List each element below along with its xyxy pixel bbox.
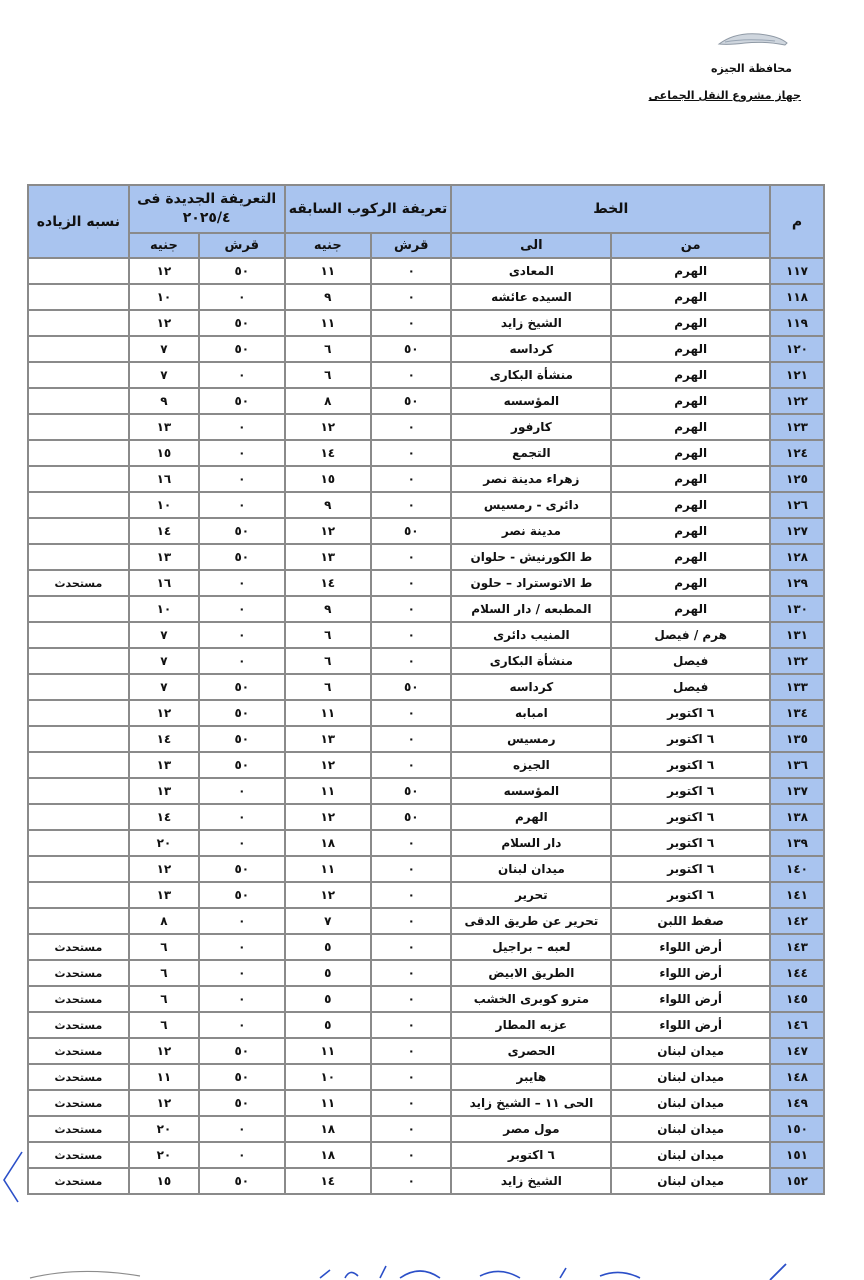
previous-piaster-cell: ٥٠	[371, 804, 451, 830]
increase-cell	[28, 466, 129, 492]
previous-pound-cell: ٩	[285, 596, 372, 622]
new-pound-cell: ١٣	[129, 752, 199, 778]
previous-pound-cell: ٧	[285, 908, 372, 934]
previous-piaster-cell: ٥٠	[371, 778, 451, 804]
from-cell: ٦ اكتوبر	[611, 804, 770, 830]
increase-cell	[28, 908, 129, 934]
new-pound-cell: ١٢	[129, 310, 199, 336]
increase-cell	[28, 336, 129, 362]
increase-cell	[28, 726, 129, 752]
new-pound-cell: ١٠	[129, 596, 199, 622]
serial-cell: ١٤٠	[770, 856, 824, 882]
to-cell: رمسيس	[451, 726, 611, 752]
table-row: ١٥٢ميدان لبنانالشيخ زايد٠١٤٥٠١٥مستحدث	[28, 1168, 824, 1194]
previous-pound-cell: ١٥	[285, 466, 372, 492]
to-cell: دائرى - رمسيس	[451, 492, 611, 518]
serial-cell: ١٣١	[770, 622, 824, 648]
serial-cell: ١٣٣	[770, 674, 824, 700]
new-piaster-cell: ٥٠	[199, 310, 285, 336]
increase-cell	[28, 492, 129, 518]
from-cell: الهرم	[611, 466, 770, 492]
new-pound-cell: ٦	[129, 986, 199, 1012]
previous-pound-cell: ١٢	[285, 414, 372, 440]
serial-cell: ١٣٥	[770, 726, 824, 752]
new-pound-cell: ١٠	[129, 284, 199, 310]
serial-cell: ١٣٧	[770, 778, 824, 804]
table-row: ١٥٠ميدان لبنانمول مصر٠١٨٠٢٠مستحدث	[28, 1116, 824, 1142]
table-row: ١٣٤٦ اكتوبرامبابه٠١١٥٠١٢	[28, 700, 824, 726]
to-cell: كرداسه	[451, 674, 611, 700]
new-piaster-cell: ٥٠	[199, 1064, 285, 1090]
previous-pound-cell: ١٢	[285, 752, 372, 778]
from-cell: فيصل	[611, 674, 770, 700]
new-piaster-cell: ٥٠	[199, 336, 285, 362]
to-cell: الطريق الابيض	[451, 960, 611, 986]
previous-piaster-cell: ٠	[371, 700, 451, 726]
new-piaster-cell: ٥٠	[199, 752, 285, 778]
previous-piaster-cell: ٥٠	[371, 518, 451, 544]
new-pound-cell: ٩	[129, 388, 199, 414]
table-row: ١٢٢الهرمالمؤسسه٥٠٨٥٠٩	[28, 388, 824, 414]
serial-cell: ١٤٢	[770, 908, 824, 934]
previous-pound-cell: ١٨	[285, 1116, 372, 1142]
table-row: ١٣٠الهرمالمطبعه / دار السلام٠٩٠١٠	[28, 596, 824, 622]
new-piaster-cell: ٠	[199, 622, 285, 648]
to-cell: ميدان لبنان	[451, 856, 611, 882]
increase-cell	[28, 258, 129, 284]
from-cell: ميدان لبنان	[611, 1090, 770, 1116]
to-cell: المؤسسه	[451, 778, 611, 804]
new-pound-cell: ١٢	[129, 258, 199, 284]
previous-piaster-cell: ٥٠	[371, 336, 451, 362]
governorate-name: محافظة الجيزه	[711, 62, 792, 75]
new-piaster-cell: ٥٠	[199, 856, 285, 882]
table-row: ١٢٣الهرمكارفور٠١٢٠١٣	[28, 414, 824, 440]
from-cell: الهرم	[611, 544, 770, 570]
to-cell: كرداسه	[451, 336, 611, 362]
increase-cell	[28, 804, 129, 830]
table-row: ١٢٦الهرمدائرى - رمسيس٠٩٠١٠	[28, 492, 824, 518]
serial-cell: ١٥٢	[770, 1168, 824, 1194]
new-piaster-cell: ٠	[199, 648, 285, 674]
to-cell: مترو كوبرى الخشب	[451, 986, 611, 1012]
previous-piaster-cell: ٠	[371, 258, 451, 284]
header-row-top: م الخط تعريفة الركوب السابقه التعريفة ال…	[28, 185, 824, 233]
previous-piaster-cell: ٠	[371, 362, 451, 388]
from-cell: أرض اللواء	[611, 1012, 770, 1038]
new-piaster-cell: ٥٠	[199, 388, 285, 414]
to-cell: منشأة البكارى	[451, 362, 611, 388]
previous-pound-cell: ١٤	[285, 440, 372, 466]
from-cell: الهرم	[611, 518, 770, 544]
to-cell: لعبه – براجيل	[451, 934, 611, 960]
to-cell: الشيخ زايد	[451, 1168, 611, 1194]
table-row: ١٤٤أرض اللواءالطريق الابيض٠٥٠٦مستحدث	[28, 960, 824, 986]
to-cell: المطبعه / دار السلام	[451, 596, 611, 622]
from-cell: ٦ اكتوبر	[611, 726, 770, 752]
previous-pound-cell: ١١	[285, 1038, 372, 1064]
serial-cell: ١٢٩	[770, 570, 824, 596]
new-pound-cell: ٧	[129, 648, 199, 674]
table-row: ١٤٣أرض اللواءلعبه – براجيل٠٥٠٦مستحدث	[28, 934, 824, 960]
new-pound-cell: ١٢	[129, 1038, 199, 1064]
serial-cell: ١١٨	[770, 284, 824, 310]
previous-piaster-cell: ٠	[371, 986, 451, 1012]
from-cell: الهرم	[611, 492, 770, 518]
previous-piaster-cell: ٠	[371, 1168, 451, 1194]
to-cell: الجيزه	[451, 752, 611, 778]
table-row: ١٤١٦ اكتوبرتحرير٠١٢٥٠١٣	[28, 882, 824, 908]
to-cell: عزبه المطار	[451, 1012, 611, 1038]
increase-cell	[28, 544, 129, 570]
table-row: ١٥١ميدان لبنان٦ اكتوبر٠١٨٠٢٠مستحدث	[28, 1142, 824, 1168]
serial-cell: ١٤٧	[770, 1038, 824, 1064]
serial-cell: ١٥٠	[770, 1116, 824, 1142]
from-cell: أرض اللواء	[611, 986, 770, 1012]
serial-cell: ١٢٥	[770, 466, 824, 492]
table-row: ١١٩الهرمالشيخ زايد٠١١٥٠١٢	[28, 310, 824, 336]
increase-cell	[28, 856, 129, 882]
serial-cell: ١٤١	[770, 882, 824, 908]
increase-cell: مستحدث	[28, 960, 129, 986]
new-piaster-cell: ٥٠	[199, 518, 285, 544]
serial-cell: ١٣٤	[770, 700, 824, 726]
to-cell: المنيب دائرى	[451, 622, 611, 648]
table-row: ١٣٣فيصلكرداسه٥٠٦٥٠٧	[28, 674, 824, 700]
serial-cell: ١٢١	[770, 362, 824, 388]
serial-cell: ١١٩	[770, 310, 824, 336]
previous-piaster-cell: ٠	[371, 908, 451, 934]
table-row: ١٢٠الهرمكرداسه٥٠٦٥٠٧	[28, 336, 824, 362]
previous-pound-cell: ١٨	[285, 830, 372, 856]
serial-cell: ١٢٢	[770, 388, 824, 414]
new-pound-cell: ٧	[129, 362, 199, 388]
new-pound-cell: ٢٠	[129, 1142, 199, 1168]
new-piaster-cell: ٠	[199, 778, 285, 804]
new-piaster-cell: ٠	[199, 570, 285, 596]
from-cell: هرم / فيصل	[611, 622, 770, 648]
new-piaster-cell: ٠	[199, 492, 285, 518]
increase-cell	[28, 700, 129, 726]
increase-cell	[28, 752, 129, 778]
serial-cell: ١٢٤	[770, 440, 824, 466]
previous-piaster-cell: ٠	[371, 934, 451, 960]
to-cell: المؤسسه	[451, 388, 611, 414]
previous-piaster-cell: ٠	[371, 622, 451, 648]
previous-piaster-cell: ٠	[371, 856, 451, 882]
new-piaster-cell: ٥٠	[199, 726, 285, 752]
new-pound-cell: ١٤	[129, 726, 199, 752]
new-pound-cell: ٢٠	[129, 1116, 199, 1142]
from-cell: الهرم	[611, 362, 770, 388]
new-pound-cell: ١٦	[129, 466, 199, 492]
from-cell: الهرم	[611, 570, 770, 596]
table-row: ١٢٨الهرمط الكورنيش - حلوان٠١٣٥٠١٣	[28, 544, 824, 570]
table-row: ١٣٨٦ اكتوبرالهرم٥٠١٢٠١٤	[28, 804, 824, 830]
increase-cell: مستحدث	[28, 570, 129, 596]
new-piaster-cell: ٥٠	[199, 882, 285, 908]
new-piaster-cell: ٠	[199, 908, 285, 934]
new-pound-cell: ١٣	[129, 778, 199, 804]
table-row: ١٣٥٦ اكتوبررمسيس٠١٣٥٠١٤	[28, 726, 824, 752]
new-pound-cell: ١٤	[129, 804, 199, 830]
to-cell: الشيخ زايد	[451, 310, 611, 336]
to-cell: ٦ اكتوبر	[451, 1142, 611, 1168]
new-pound-cell: ١٥	[129, 440, 199, 466]
previous-pound-cell: ١٢	[285, 518, 372, 544]
previous-pound-cell: ٦	[285, 336, 372, 362]
from-cell: الهرم	[611, 440, 770, 466]
new-pound-cell: ٦	[129, 960, 199, 986]
serial-cell: ١٤٥	[770, 986, 824, 1012]
previous-pound-cell: ٦	[285, 674, 372, 700]
from-cell: ٦ اكتوبر	[611, 778, 770, 804]
serial-cell: ١٣٢	[770, 648, 824, 674]
previous-pound-cell: ١١	[285, 700, 372, 726]
new-piaster-cell: ٠	[199, 596, 285, 622]
table-row: ١٣٧٦ اكتوبرالمؤسسه٥٠١١٠١٣	[28, 778, 824, 804]
to-cell: الهرم	[451, 804, 611, 830]
increase-cell: مستحدث	[28, 1038, 129, 1064]
to-cell: المعادى	[451, 258, 611, 284]
new-piaster-cell: ٥٠	[199, 544, 285, 570]
from-cell: ٦ اكتوبر	[611, 752, 770, 778]
table-row: ١٤٥أرض اللواءمترو كوبرى الخشب٠٥٠٦مستحدث	[28, 986, 824, 1012]
increase-cell: مستحدث	[28, 1064, 129, 1090]
previous-piaster-cell: ٠	[371, 414, 451, 440]
previous-pound-cell: ١٢	[285, 804, 372, 830]
table-row: ١٢٧الهرممدينة نصر٥٠١٢٥٠١٤	[28, 518, 824, 544]
new-piaster-cell: ٠	[199, 284, 285, 310]
previous-pound-cell: ١٣	[285, 544, 372, 570]
table-row: ١٢١الهرممنشأة البكارى٠٦٠٧	[28, 362, 824, 388]
previous-pound-cell: ٦	[285, 362, 372, 388]
previous-pound-cell: ١٠	[285, 1064, 372, 1090]
authority-name: جهاز مشروع النقل الجماعى	[649, 89, 801, 102]
previous-pound-cell: ٥	[285, 934, 372, 960]
table-row: ١٣٩٦ اكتوبردار السلام٠١٨٠٢٠	[28, 830, 824, 856]
increase-cell: مستحدث	[28, 1012, 129, 1038]
new-piaster-cell: ٠	[199, 960, 285, 986]
new-pound-cell: ١٦	[129, 570, 199, 596]
from-cell: فيصل	[611, 648, 770, 674]
new-piaster-header: قرش	[199, 233, 285, 258]
previous-piaster-cell: ٠	[371, 1116, 451, 1142]
new-pound-cell: ٢٠	[129, 830, 199, 856]
new-piaster-cell: ٥٠	[199, 700, 285, 726]
previous-piaster-cell: ٥٠	[371, 388, 451, 414]
previous-pound-cell: ١١	[285, 1090, 372, 1116]
previous-fare-header: تعريفة الركوب السابقه	[285, 185, 452, 233]
table-row: ١١٧الهرمالمعادى٠١١٥٠١٢	[28, 258, 824, 284]
previous-pound-cell: ٥	[285, 960, 372, 986]
serial-cell: ١٢٣	[770, 414, 824, 440]
previous-piaster-cell: ٠	[371, 492, 451, 518]
previous-piaster-cell: ٠	[371, 1090, 451, 1116]
increase-header: نسبه الزياده	[28, 185, 129, 258]
to-cell: مدينة نصر	[451, 518, 611, 544]
new-pound-cell: ١٢	[129, 1090, 199, 1116]
to-cell: ط الكورنيش - حلوان	[451, 544, 611, 570]
from-cell: ٦ اكتوبر	[611, 830, 770, 856]
from-cell: ميدان لبنان	[611, 1038, 770, 1064]
previous-pound-cell: ١١	[285, 310, 372, 336]
new-pound-cell: ٨	[129, 908, 199, 934]
new-pound-cell: ١٢	[129, 856, 199, 882]
increase-cell: مستحدث	[28, 986, 129, 1012]
previous-pound-cell: ٥	[285, 986, 372, 1012]
table-row: ١١٨الهرمالسيده عائشه٠٩٠١٠	[28, 284, 824, 310]
from-cell: الهرم	[611, 388, 770, 414]
from-cell: أرض اللواء	[611, 960, 770, 986]
previous-piaster-cell: ٠	[371, 726, 451, 752]
new-pound-header: جنيه	[129, 233, 199, 258]
increase-cell	[28, 440, 129, 466]
increase-cell: مستحدث	[28, 1090, 129, 1116]
to-cell: كارفور	[451, 414, 611, 440]
from-cell: الهرم	[611, 414, 770, 440]
table-row: ١٢٩الهرمط الاتوستراد – حلون٠١٤٠١٦مستحدث	[28, 570, 824, 596]
serial-cell: ١٢٠	[770, 336, 824, 362]
from-cell: ميدان لبنان	[611, 1142, 770, 1168]
increase-cell	[28, 674, 129, 700]
new-piaster-cell: ٥٠	[199, 674, 285, 700]
new-pound-cell: ١٢	[129, 700, 199, 726]
previous-pound-cell: ١١	[285, 778, 372, 804]
new-pound-cell: ١٣	[129, 414, 199, 440]
fare-table-body: ١١٧الهرمالمعادى٠١١٥٠١٢١١٨الهرمالسيده عائ…	[28, 258, 824, 1194]
fare-table: م الخط تعريفة الركوب السابقه التعريفة ال…	[27, 184, 825, 1195]
from-cell: ميدان لبنان	[611, 1168, 770, 1194]
serial-cell: ١٤٩	[770, 1090, 824, 1116]
previous-piaster-cell: ٠	[371, 310, 451, 336]
previous-piaster-cell: ٠	[371, 544, 451, 570]
new-piaster-cell: ٠	[199, 934, 285, 960]
new-pound-cell: ١١	[129, 1064, 199, 1090]
previous-pound-cell: ١٣	[285, 726, 372, 752]
previous-pound-cell: ١٤	[285, 570, 372, 596]
to-cell: التجمع	[451, 440, 611, 466]
previous-piaster-cell: ٥٠	[371, 674, 451, 700]
increase-cell	[28, 648, 129, 674]
from-cell: الهرم	[611, 596, 770, 622]
from-cell: الهرم	[611, 284, 770, 310]
previous-piaster-cell: ٠	[371, 960, 451, 986]
new-fare-header: التعريفة الجديدة فى ٢٠٢٥/٤	[129, 185, 285, 233]
new-piaster-cell: ٠	[199, 362, 285, 388]
new-piaster-cell: ٠	[199, 804, 285, 830]
previous-piaster-cell: ٠	[371, 1142, 451, 1168]
to-cell: امبابه	[451, 700, 611, 726]
serial-cell: ١٥١	[770, 1142, 824, 1168]
table-row: ١٣٦٦ اكتوبرالجيزه٠١٢٥٠١٣	[28, 752, 824, 778]
previous-pound-cell: ٦	[285, 622, 372, 648]
table-row: ١٤٧ميدان لبنانالحصرى٠١١٥٠١٢مستحدث	[28, 1038, 824, 1064]
increase-cell: مستحدث	[28, 1168, 129, 1194]
previous-pound-cell: ٩	[285, 492, 372, 518]
previous-piaster-cell: ٠	[371, 596, 451, 622]
serial-cell: ١٢٧	[770, 518, 824, 544]
from-cell: الهرم	[611, 258, 770, 284]
increase-cell	[28, 388, 129, 414]
from-cell: الهرم	[611, 310, 770, 336]
new-pound-cell: ٧	[129, 622, 199, 648]
previous-pound-cell: ١١	[285, 258, 372, 284]
line-header: الخط	[451, 185, 770, 233]
to-cell: تحرير	[451, 882, 611, 908]
to-cell: دار السلام	[451, 830, 611, 856]
to-cell: السيده عائشه	[451, 284, 611, 310]
to-cell: زهراء مدينة نصر	[451, 466, 611, 492]
from-cell: ٦ اكتوبر	[611, 882, 770, 908]
serial-header: م	[770, 185, 824, 258]
serial-cell: ١٣٦	[770, 752, 824, 778]
previous-pound-cell: ٦	[285, 648, 372, 674]
to-cell: مول مصر	[451, 1116, 611, 1142]
previous-piaster-cell: ٠	[371, 1064, 451, 1090]
to-cell: ط الاتوستراد – حلون	[451, 570, 611, 596]
previous-piaster-cell: ٠	[371, 648, 451, 674]
increase-cell	[28, 830, 129, 856]
table-row: ١٢٥الهرمزهراء مدينة نصر٠١٥٠١٦	[28, 466, 824, 492]
new-piaster-cell: ٠	[199, 1116, 285, 1142]
new-pound-cell: ١٣	[129, 882, 199, 908]
serial-cell: ١٤٤	[770, 960, 824, 986]
previous-piaster-cell: ٠	[371, 284, 451, 310]
to-cell: الحى ١١ – الشيخ زايد	[451, 1090, 611, 1116]
serial-cell: ١٣٠	[770, 596, 824, 622]
new-pound-cell: ١٠	[129, 492, 199, 518]
new-piaster-cell: ٥٠	[199, 1090, 285, 1116]
increase-cell	[28, 518, 129, 544]
table-row: ١٤٩ميدان لبنانالحى ١١ – الشيخ زايد٠١١٥٠١…	[28, 1090, 824, 1116]
increase-cell: مستحدث	[28, 1142, 129, 1168]
new-piaster-cell: ٥٠	[199, 258, 285, 284]
previous-piaster-header: قرش	[371, 233, 451, 258]
ministry-emblem-icon	[715, 30, 791, 48]
serial-cell: ١١٧	[770, 258, 824, 284]
serial-cell: ١٤٦	[770, 1012, 824, 1038]
table-row: ١٣٢فيصلمنشأة البكارى٠٦٠٧	[28, 648, 824, 674]
from-cell: ميدان لبنان	[611, 1116, 770, 1142]
increase-cell	[28, 778, 129, 804]
serial-cell: ١٤٣	[770, 934, 824, 960]
new-piaster-cell: ٥٠	[199, 1168, 285, 1194]
new-piaster-cell: ٠	[199, 414, 285, 440]
new-piaster-cell: ٠	[199, 830, 285, 856]
previous-piaster-cell: ٠	[371, 1038, 451, 1064]
increase-cell	[28, 882, 129, 908]
signature-scribble-icon	[0, 1262, 864, 1280]
previous-piaster-cell: ٠	[371, 466, 451, 492]
increase-cell	[28, 284, 129, 310]
to-cell: منشأة البكارى	[451, 648, 611, 674]
previous-pound-cell: ١٢	[285, 882, 372, 908]
serial-cell: ١٢٦	[770, 492, 824, 518]
from-cell: ميدان لبنان	[611, 1064, 770, 1090]
previous-pound-cell: ١٤	[285, 1168, 372, 1194]
new-pound-cell: ٧	[129, 336, 199, 362]
new-piaster-cell: ٠	[199, 440, 285, 466]
previous-pound-cell: ١٨	[285, 1142, 372, 1168]
previous-pound-cell: ٨	[285, 388, 372, 414]
serial-cell: ١٣٩	[770, 830, 824, 856]
previous-piaster-cell: ٠	[371, 752, 451, 778]
table-row: ١٢٤الهرمالتجمع٠١٤٠١٥	[28, 440, 824, 466]
previous-piaster-cell: ٠	[371, 830, 451, 856]
from-cell: ٦ اكتوبر	[611, 700, 770, 726]
new-pound-cell: ١٣	[129, 544, 199, 570]
